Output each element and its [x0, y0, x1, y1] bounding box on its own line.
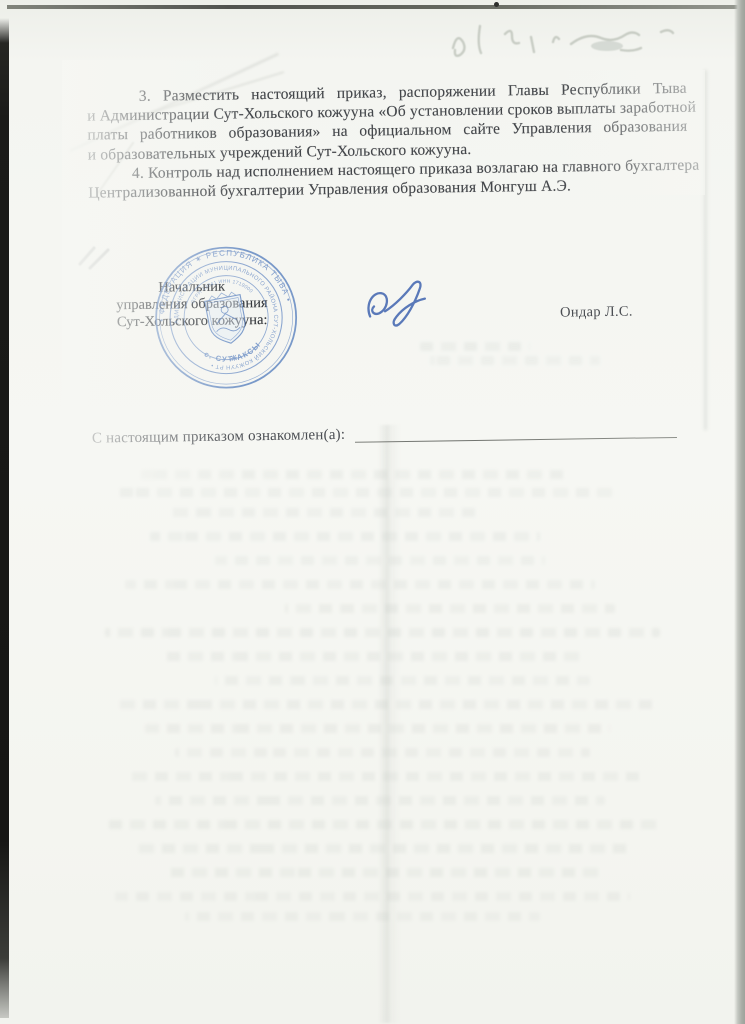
handwritten-signature — [362, 275, 447, 332]
document-content: 3. Разместить настоящий приказ, распоряж… — [0, 0, 745, 1024]
scan-edge-top — [7, 5, 745, 9]
acknowledgement-label: С настоящим приказом ознакомлен(а): — [92, 427, 346, 448]
signatory-name: Ондар Л.С. — [560, 304, 633, 322]
scan-edge-left — [0, 18, 9, 1018]
scan-dust-dot — [494, 2, 499, 7]
scan-edge-right — [734, 0, 745, 1024]
scanned-document-page: 3. Разместить настоящий приказ, распоряж… — [0, 0, 745, 1024]
acknowledgement-blank-line — [355, 437, 677, 443]
order-body-text: 3. Разместить настоящий приказ, распоряж… — [87, 79, 689, 203]
official-round-stamp: • ФЕДЕРАЦИЯ ✶ РЕСПУБЛИКА ТЫВА • АДМИНИСТ… — [145, 236, 307, 398]
